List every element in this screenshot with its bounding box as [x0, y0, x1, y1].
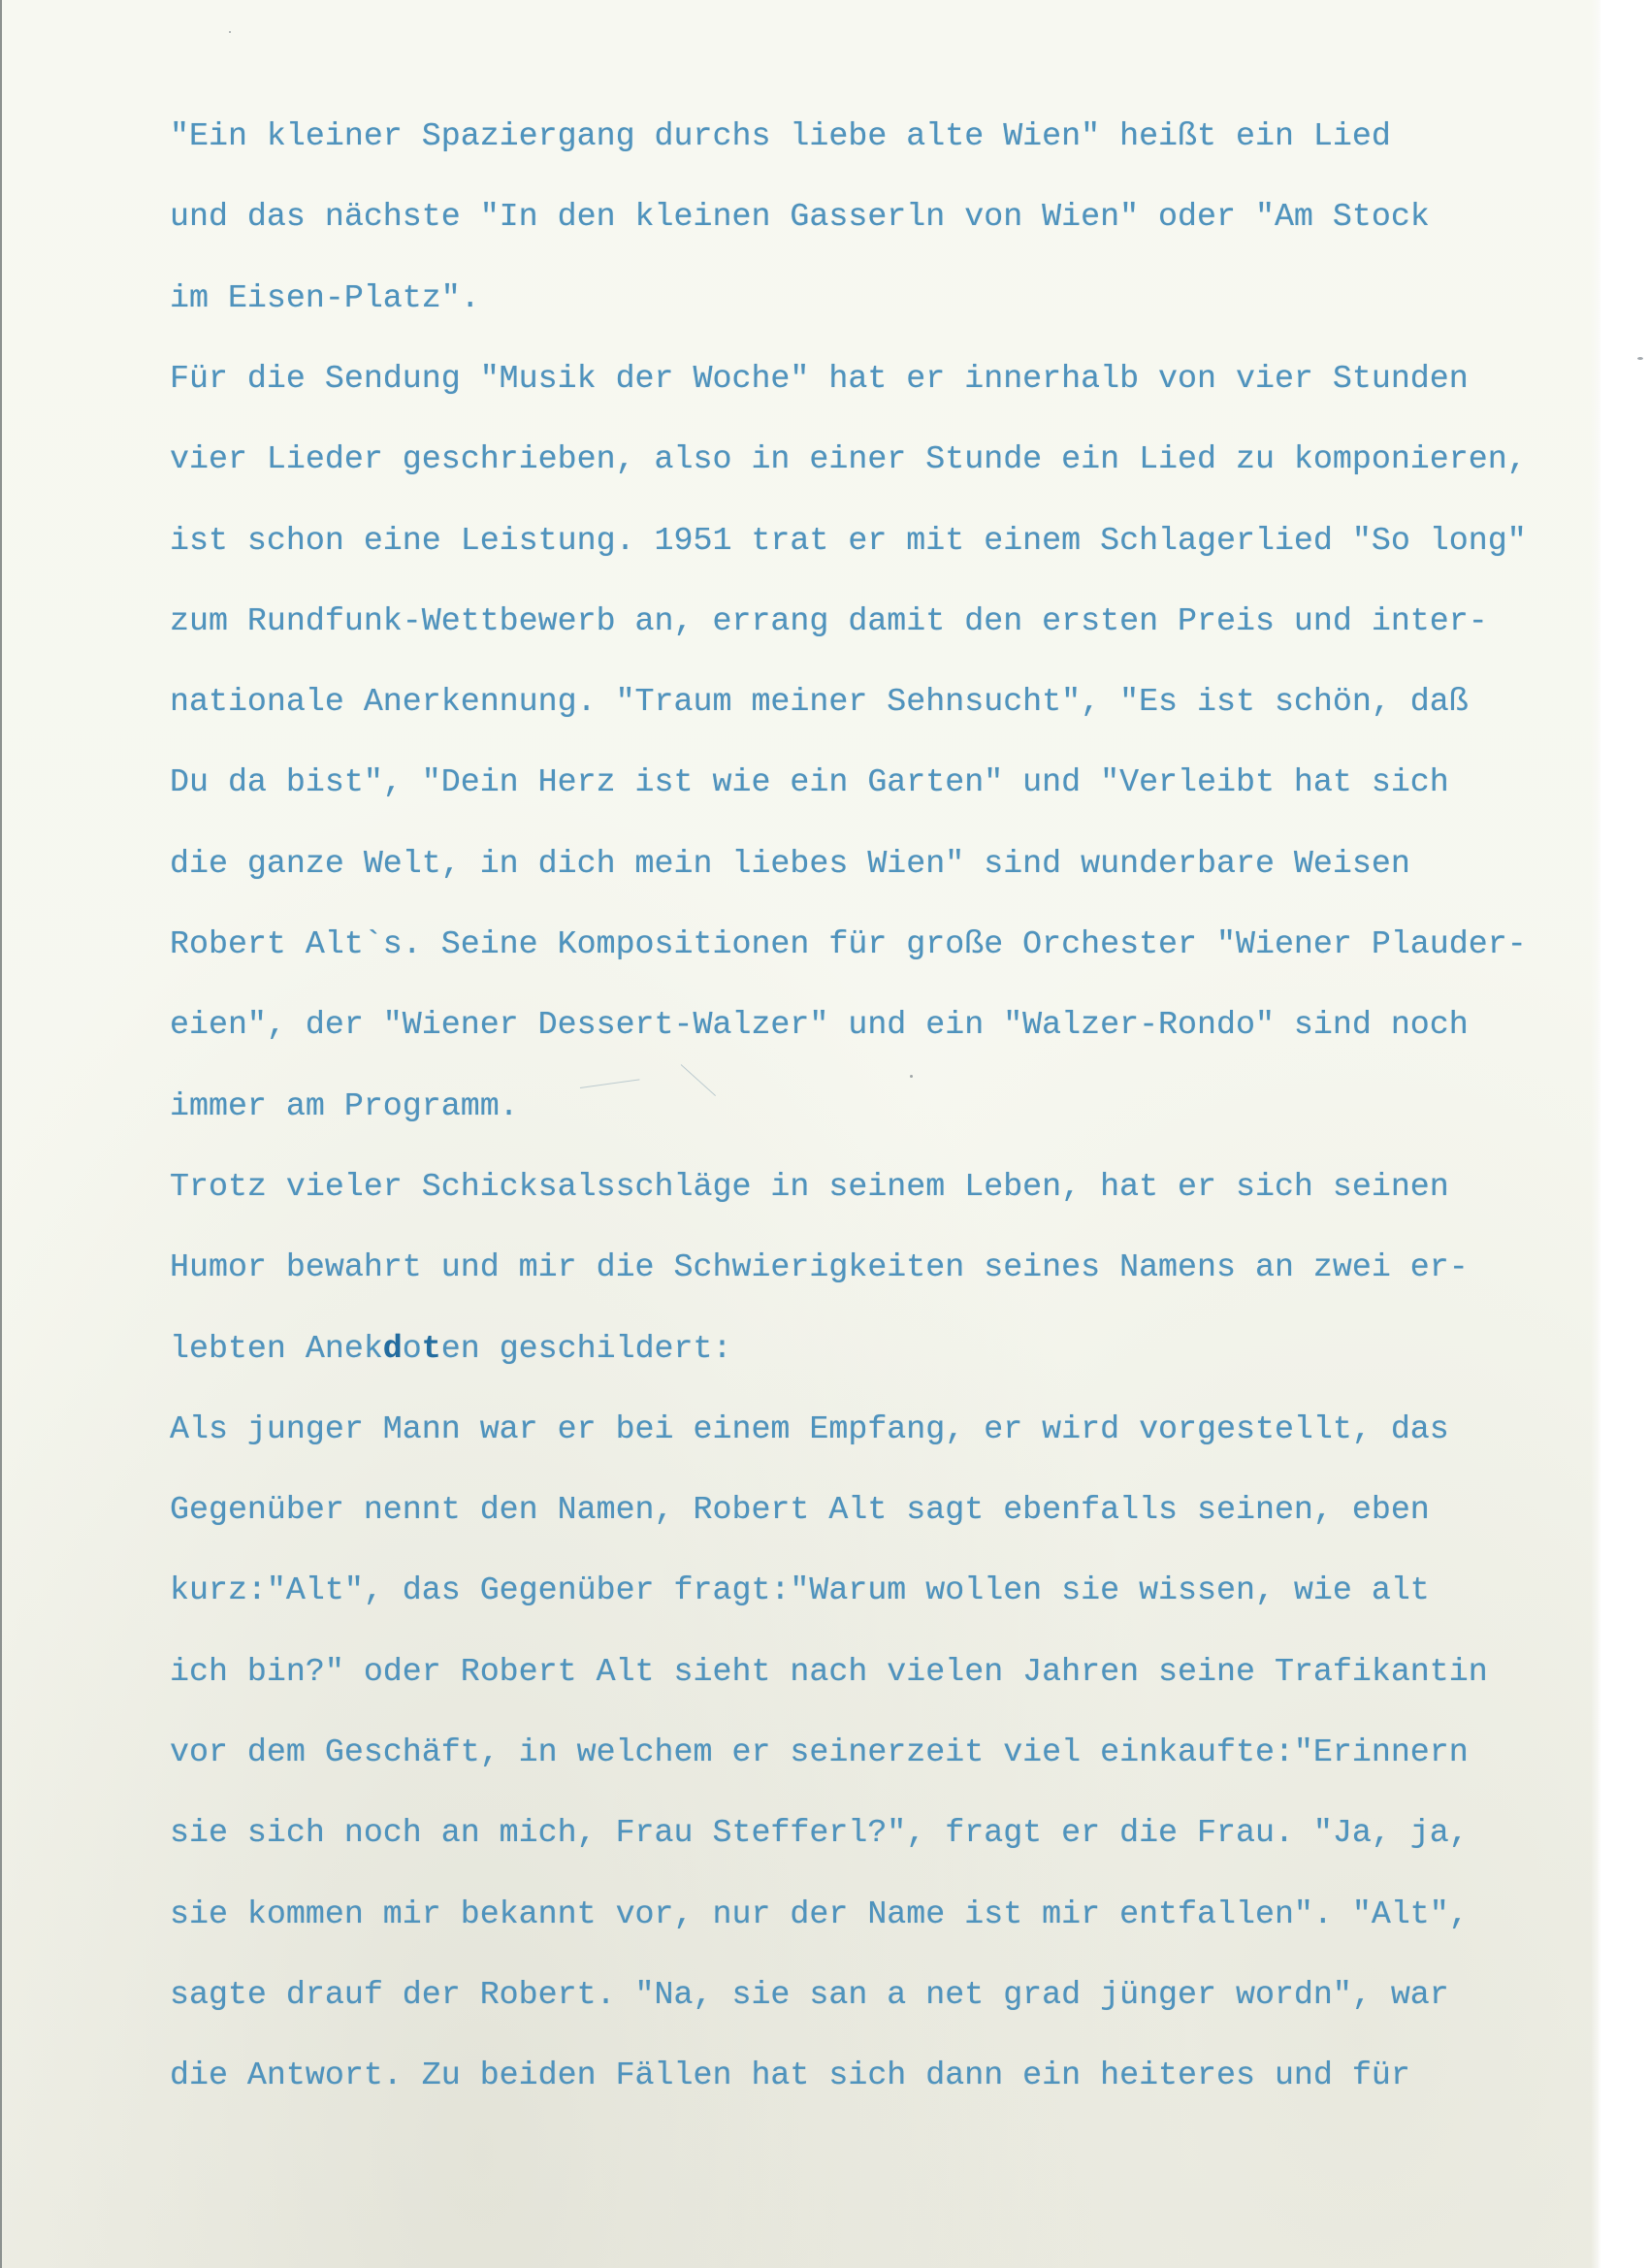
text-line: die ganze Welt, in dich mein liebes Wien… [170, 848, 1410, 880]
text-line: vier Lieder geschrieben, also in einer S… [170, 443, 1527, 475]
text-line: vor dem Geschäft, in welchem er seinerze… [170, 1736, 1469, 1768]
text-line: im Eisen-Platz". [170, 282, 480, 314]
scanned-page: "Ein kleiner Spaziergang durchs liebe al… [0, 0, 1649, 2268]
text-line: Für die Sendung "Musik der Woche" hat er… [170, 363, 1469, 395]
text-line: Du da bist", "Dein Herz ist wie ein Gart… [170, 766, 1449, 798]
text-line: sie kommen mir bekannt vor, nur der Name… [170, 1898, 1469, 1930]
text-line: die Antwort. Zu beiden Fällen hat sich d… [170, 2059, 1410, 2091]
text-line: sie sich noch an mich, Frau Stefferl?", … [170, 1817, 1469, 1849]
speck [910, 1075, 913, 1078]
text-line: eien", der "Wiener Dessert-Walzer" und e… [170, 1009, 1469, 1041]
text-line: kurz:"Alt", das Gegenüber fragt:"Warum w… [170, 1574, 1430, 1606]
text-line: "Ein kleiner Spaziergang durchs liebe al… [170, 120, 1391, 152]
text-line: lebten Anekdoten geschildert: [170, 1333, 731, 1365]
text-line: Robert Alt`s. Seine Kompositionen für gr… [170, 928, 1527, 960]
text-line: Trotz vieler Schicksalsschläge in seinem… [170, 1171, 1449, 1203]
speck [1637, 357, 1643, 360]
text-line: ist schon eine Leistung. 1951 trat er mi… [170, 525, 1527, 557]
paper-right-edge [1591, 0, 1600, 2268]
text-line: Als junger Mann war er bei einem Empfang… [170, 1413, 1449, 1445]
text-line: Gegenüber nennt den Namen, Robert Alt sa… [170, 1494, 1430, 1526]
text-line: ich bin?" oder Robert Alt sieht nach vie… [170, 1656, 1488, 1688]
overstruck-letter: t [422, 1330, 441, 1367]
text-line: immer am Programm. [170, 1090, 519, 1122]
text-line: und das nächste "In den kleinen Gasserln… [170, 201, 1430, 233]
speck [229, 31, 231, 33]
text-line: sagte drauf der Robert. "Na, sie san a n… [170, 1979, 1449, 2011]
text-line: zum Rundfunk-Wettbewerb an, errang damit… [170, 605, 1488, 637]
text-line: nationale Anerkennung. "Traum meiner Seh… [170, 686, 1469, 718]
overstruck-letter: d [383, 1330, 403, 1367]
text-line: Humor bewahrt und mir die Schwierigkeite… [170, 1251, 1469, 1283]
